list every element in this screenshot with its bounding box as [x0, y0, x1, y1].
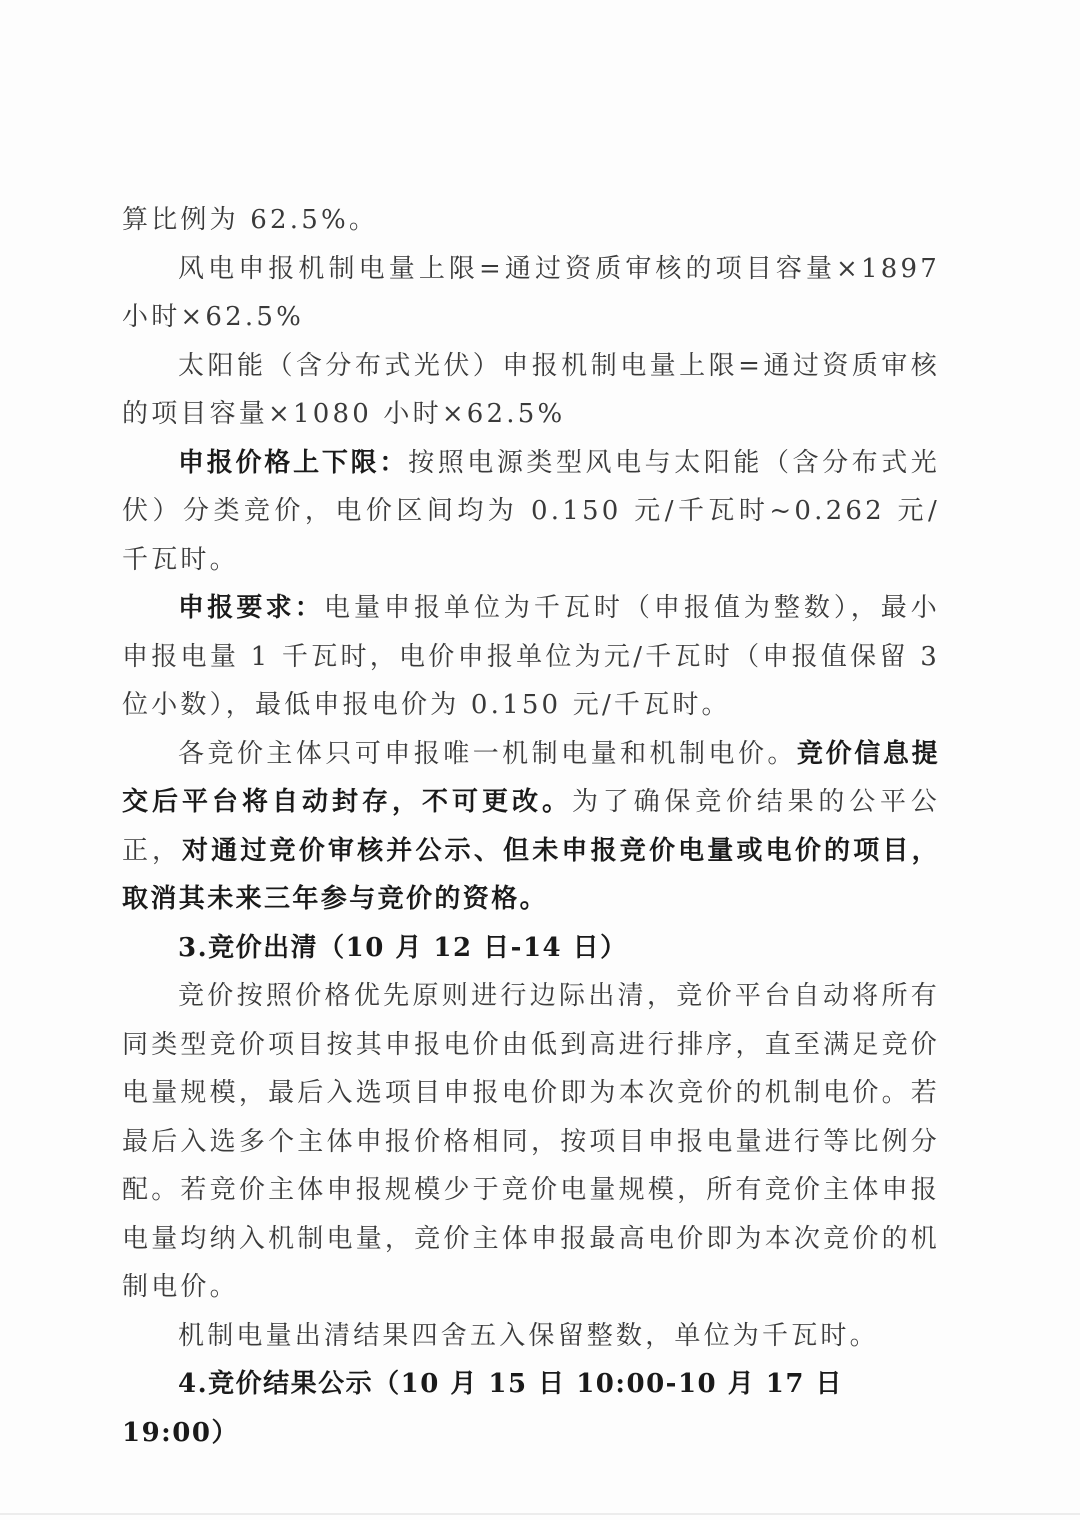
- label-requirements: 申报要求：: [178, 593, 324, 623]
- section-heading-results: 4.竞价结果公示（10 月 15 日 10:00-10 月 17 日 19:00…: [122, 1360, 940, 1457]
- text-bold-2: 对通过竞价审核并公示、但未申报竞价电量或电价的项目，取消其未来三年参与竞价的资格…: [122, 836, 940, 915]
- paragraph-clearing-rules: 竞价按照价格优先原则进行边际出清，竞价平台自动将所有同类型竞价项目按其申报电价由…: [122, 972, 940, 1312]
- paragraph-solar-cap: 太阳能（含分布式光伏）申报机制电量上限=通过资质审核的项目容量×1080 小时×…: [122, 342, 940, 439]
- paragraph-wind-cap: 风电申报机制电量上限=通过资质审核的项目容量×1897 小时×62.5%: [122, 245, 940, 342]
- paragraph-requirements: 申报要求：电量申报单位为千瓦时（申报值为整数），最小申报电量 1 千瓦时，电价申…: [122, 584, 940, 730]
- document-page: 算比例为 62.5%。 风电申报机制电量上限=通过资质审核的项目容量×1897 …: [122, 196, 940, 1457]
- paragraph-rounding: 机制电量出清结果四舍五入保留整数，单位为千瓦时。: [122, 1312, 940, 1361]
- paragraph-bidding-rules: 各竞价主体只可申报唯一机制电量和机制电价。竞价信息提交后平台将自动封存，不可更改…: [122, 730, 940, 924]
- page-bottom-edge: [0, 1513, 1080, 1515]
- paragraph-price-limits: 申报价格上下限：按照电源类型风电与太阳能（含分布式光伏）分类竞价，电价区间均为 …: [122, 439, 940, 585]
- paragraph-continuation: 算比例为 62.5%。: [122, 196, 940, 245]
- text-normal-1: 各竞价主体只可申报唯一机制电量和机制电价。: [178, 739, 797, 769]
- section-heading-clearing: 3.竞价出清（10 月 12 日-14 日）: [122, 924, 940, 973]
- label-price-limits: 申报价格上下限：: [178, 448, 408, 478]
